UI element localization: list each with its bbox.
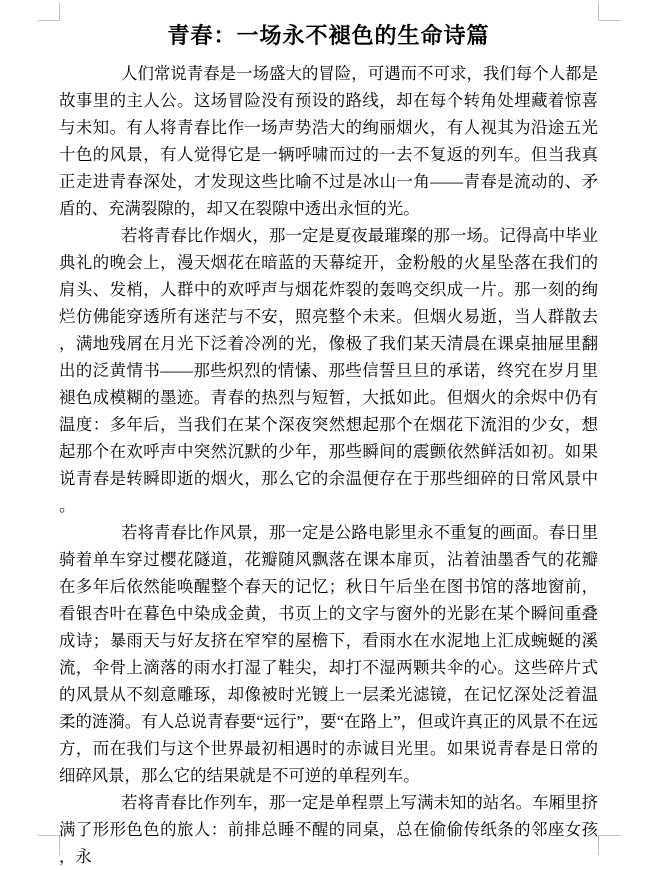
- document-content: 青春：一场永不褪色的生命诗篇 人们常说青春是一场盛大的冒险，可遇而不可求，我们每…: [59, 18, 598, 870]
- crop-mark-bottom-left: [38, 835, 60, 855]
- document-page: 青春：一场永不褪色的生命诗篇 人们常说青春是一场盛大的冒险，可遇而不可求，我们每…: [0, 0, 662, 871]
- paragraph-scenery: 若将青春比作风景，那一定是公路电影里永不重复的画面。春日里骑着单车穿过樱花隧道，…: [59, 519, 598, 789]
- paragraph-train: 若将青春比作列车，那一定是单程票上写满未知的站名。车厢里挤满了形形色色的旅人：前…: [59, 789, 598, 870]
- paragraph-intro: 人们常说青春是一场盛大的冒险，可遇而不可求，我们每个人都是故事里的主人公。这场冒…: [59, 60, 598, 222]
- crop-mark-bottom-right: [598, 835, 620, 855]
- crop-mark-top-right: [598, 2, 620, 21]
- document-title: 青春：一场永不褪色的生命诗篇: [59, 18, 598, 54]
- crop-mark-top-left: [38, 2, 60, 21]
- paragraph-fireworks: 若将青春比作烟火，那一定是夏夜最璀璨的那一场。记得高中毕业典礼的晚会上，漫天烟花…: [59, 222, 598, 519]
